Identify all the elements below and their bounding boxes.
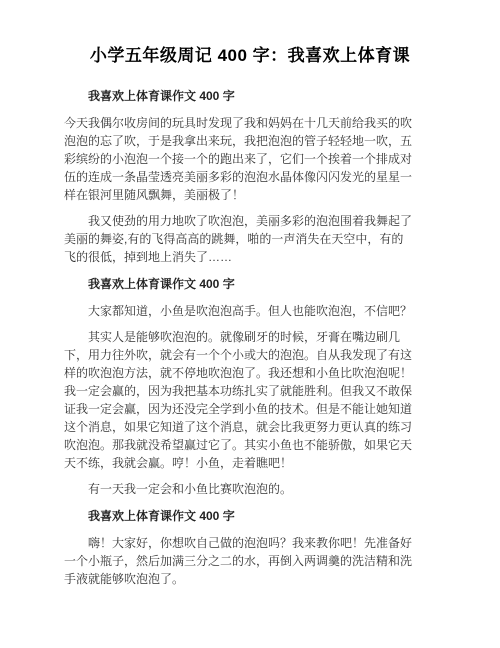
paragraph: 其实人是能够吹泡泡的。就像刷牙的时候，牙膏在嘴边刷几下，用力往外吹，就会有一个个… bbox=[64, 328, 412, 472]
paragraph: 今天我偶尔收房间的玩具时发现了我和妈妈在十几天前给我买的吹泡泡的忘了吹，于是我拿… bbox=[64, 114, 412, 204]
page-title: 小学五年级周记 400 字：我喜欢上体育课 bbox=[0, 0, 500, 68]
section-heading: 我喜欢上体育课作文 400 字 bbox=[64, 507, 412, 525]
section-heading: 我喜欢上体育课作文 400 字 bbox=[64, 87, 412, 105]
paragraph: 大家都知道，小鱼是吹泡泡高手。但人也能吹泡泡，不信吧？ bbox=[64, 302, 412, 320]
paragraph: 嗨！大家好，你想吹自己做的泡泡吗？我来教你吧！先准备好一个小瓶子，然后加满三分之… bbox=[64, 534, 412, 588]
document-body: 我喜欢上体育课作文 400 字 今天我偶尔收房间的玩具时发现了我和妈妈在十几天前… bbox=[0, 68, 500, 588]
document-page: 小学五年级周记 400 字：我喜欢上体育课 我喜欢上体育课作文 400 字 今天… bbox=[0, 0, 500, 648]
paragraph: 有一天我一定会和小鱼比赛吹泡泡的。 bbox=[64, 480, 412, 498]
paragraph: 我又使劲的用力地吹了吹泡泡，美丽多彩的泡泡围着我舞起了美丽的舞姿,有的飞得高高的… bbox=[64, 212, 412, 266]
section-heading: 我喜欢上体育课作文 400 字 bbox=[64, 275, 412, 293]
